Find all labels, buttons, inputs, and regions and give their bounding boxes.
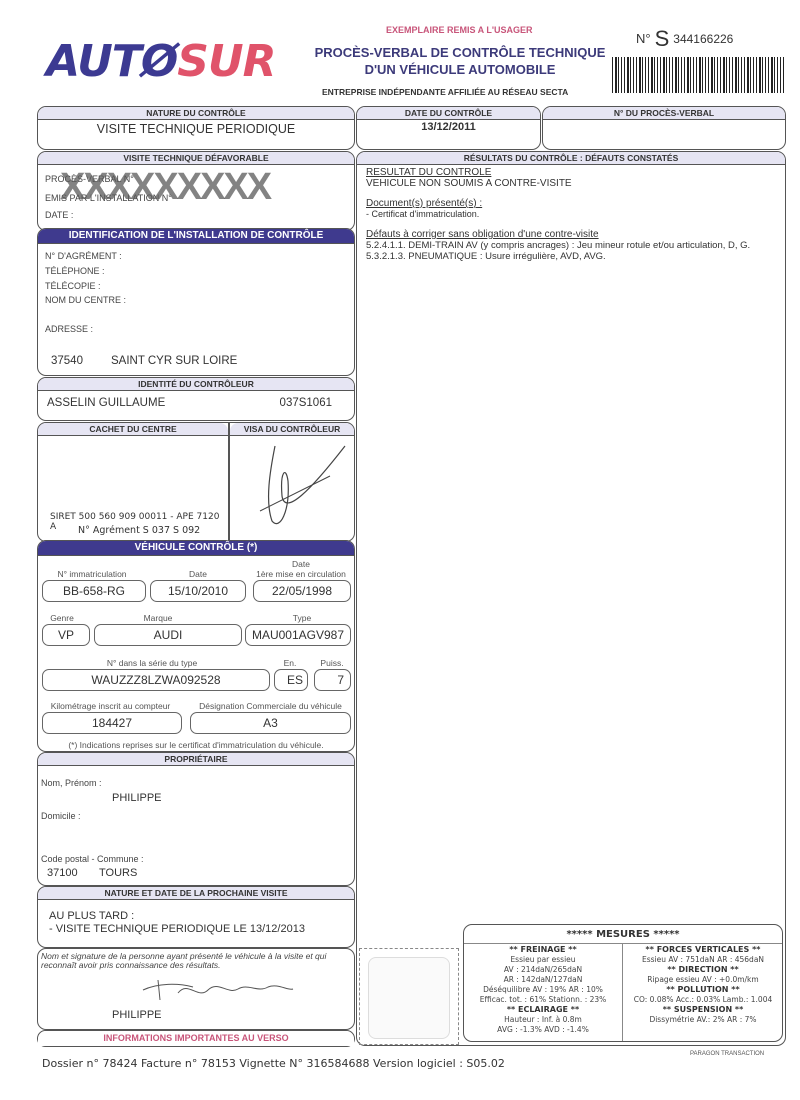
prochaine-line-2: - VISITE TECHNIQUE PERIODIQUE LE 13/12/2…	[49, 923, 305, 935]
designation-label: Désignation Commerciale du véhicule	[188, 701, 353, 711]
copy-label: EXEMPLAIRE REMIS A L'USAGER	[386, 25, 533, 35]
vignette-placeholder	[368, 957, 450, 1039]
genre-field: VP	[42, 624, 90, 646]
defavorable-date-label: DATE :	[45, 210, 73, 220]
mesures-freinage-column: ** FREINAGE **Essieu par essieuAV : 214d…	[464, 945, 622, 1035]
cachet-title: CACHET DU CENTRE	[38, 423, 228, 436]
defect-item: 5.3.2.1.3. PNEUMATIQUE : Usure irréguliè…	[366, 251, 778, 262]
serie-field: WAUZZZ8LZWA092528	[42, 669, 270, 691]
mesures-line: Ripage essieu AV : +0.0m/km	[623, 975, 783, 985]
controleur-box: IDENTITÉ DU CONTRÔLEUR ASSELIN GUILLAUME…	[37, 377, 355, 421]
docs-heading: Document(s) présenté(s) :	[366, 198, 778, 209]
mesures-section-heading: ** SUSPENSION **	[623, 1005, 783, 1015]
mesures-section-heading: ** POLLUTION **	[623, 985, 783, 995]
owner-signature	[138, 975, 298, 1005]
title-line-2: D'UN VÉHICULE AUTOMOBILE	[312, 61, 608, 78]
nature-title: NATURE DU CONTRÔLE	[38, 107, 354, 120]
installation-title: IDENTIFICATION DE L'INSTALLATION DE CONT…	[38, 229, 354, 244]
resultats-content: RESULTAT DU CONTROLE VEHICULE NON SOUMIS…	[366, 167, 778, 262]
document-number: N°S344166226	[636, 26, 733, 52]
defects-heading: Défauts à corriger sans obligation d'une…	[366, 229, 778, 240]
mesures-line: Dissymétrie AV.: 2% AR : 7%	[623, 1015, 783, 1025]
marque-label: Marque	[108, 613, 208, 623]
signature-text: Nom et signature de la personne ayant pr…	[41, 952, 353, 970]
first-date-field: 22/05/1998	[253, 580, 351, 602]
telephone-label: TÉLÉPHONE :	[45, 266, 105, 276]
number-prefix: N°	[636, 31, 651, 46]
mesures-line: AV : 214daN/265daN	[464, 965, 622, 975]
result-value: VEHICULE NON SOUMIS A CONTRE-VISITE	[366, 178, 778, 189]
nature-box: NATURE DU CONTRÔLE VISITE TECHNIQUE PERI…	[37, 106, 355, 150]
document-title: PROCÈS-VERBAL DE CONTRÔLE TECHNIQUE D'UN…	[312, 44, 608, 78]
type-field: MAU001AGV987	[245, 624, 351, 646]
visa-title: VISA DU CONTRÔLEUR	[230, 423, 354, 436]
proprietaire-commune: TOURS	[99, 867, 137, 879]
domicile-label: Domicile :	[41, 811, 81, 821]
installation-postal-code: 37540	[51, 355, 83, 367]
pv-number-title: N° DU PROCÈS-VERBAL	[543, 107, 785, 120]
mesures-section-heading: ** FREINAGE **	[464, 945, 622, 955]
mesures-section-heading: ** FORCES VERTICALES **	[623, 945, 783, 955]
proprietaire-box: PROPRIÉTAIRE Nom, Prénom : PHILIPPE Domi…	[37, 752, 355, 886]
mesures-title: ***** MESURES *****	[464, 929, 782, 940]
defect-item: 5.2.4.1.1. DEMI-TRAIN AV (y compris ancr…	[366, 240, 778, 251]
prochaine-box: NATURE ET DATE DE LA PROCHAINE VISITE AU…	[37, 886, 355, 948]
number-letter: S	[655, 26, 670, 51]
adresse-label: ADRESSE :	[45, 324, 93, 334]
vehicule-title: VÉHICULE CONTRÔLE (*)	[38, 541, 354, 556]
mesures-line: AR : 142daN/127daN	[464, 975, 622, 985]
resultats-box: RÉSULTATS DU CONTRÔLE : DÉFAUTS CONSTATÉ…	[356, 151, 786, 1046]
paragon-label: PARAGON TRANSACTION	[690, 1051, 764, 1057]
type-label: Type	[253, 613, 351, 623]
prochaine-line-1: AU PLUS TARD :	[49, 910, 134, 922]
mesures-line: Efficac. tot. : 61% Stationn. : 23%	[464, 995, 622, 1005]
installation-box: IDENTIFICATION DE L'INSTALLATION DE CONT…	[37, 228, 355, 376]
crossed-out-mark: XXXXXXXXX	[60, 166, 270, 209]
km-field: 184427	[42, 712, 182, 734]
mesures-divider	[464, 943, 782, 944]
pv-number-box: N° DU PROCÈS-VERBAL	[542, 106, 786, 150]
genre-label: Genre	[42, 613, 82, 623]
signature-name: PHILIPPE	[112, 1009, 162, 1021]
mesures-line: AVG : -1.3% AVD : -1.4%	[464, 1025, 622, 1035]
info-verso-box: INFORMATIONS IMPORTANTES AU VERSO	[37, 1030, 355, 1047]
proprietaire-name: PHILIPPE	[112, 792, 162, 804]
first-date-label-1: Date	[248, 559, 354, 569]
immat-label: N° immatriculation	[42, 569, 142, 579]
autosur-logo: AUTØSUR	[46, 40, 276, 84]
document-subtitle: ENTREPRISE INDÉPENDANTE AFFILIÉE AU RÉSE…	[322, 87, 568, 97]
date-controle-title: DATE DU CONTRÔLE	[357, 107, 540, 120]
mesures-section-heading: ** ECLAIRAGE **	[464, 1005, 622, 1015]
barcode	[612, 57, 784, 93]
logo-right: SUR	[177, 36, 275, 87]
proprietaire-title: PROPRIÉTAIRE	[38, 753, 354, 766]
mesures-line: Essieu AV : 751daN AR : 456daN	[623, 955, 783, 965]
cachet-box: CACHET DU CENTRE SIRET 500 560 909 00011…	[37, 422, 229, 542]
number-value: 344166226	[673, 32, 733, 46]
vehicule-note: (*) Indications reprises sur le certific…	[38, 740, 354, 750]
title-line-1: PROCÈS-VERBAL DE CONTRÔLE TECHNIQUE	[312, 44, 608, 61]
installation-city: SAINT CYR SUR LOIRE	[111, 355, 237, 367]
puissance-field: 7	[314, 669, 351, 691]
visa-box: VISA DU CONTRÔLEUR	[229, 422, 355, 542]
controleur-name: ASSELIN GUILLAUME	[47, 397, 165, 409]
date-label: Date	[148, 569, 248, 579]
cachet-agrement: N° Agrément S 037 S 092	[78, 525, 200, 536]
controleur-title: IDENTITÉ DU CONTRÔLEUR	[38, 378, 354, 391]
designation-field: A3	[190, 712, 351, 734]
info-verso-label: INFORMATIONS IMPORTANTES AU VERSO	[38, 1031, 354, 1046]
date-field: 15/10/2010	[150, 580, 246, 602]
vignette-area	[359, 948, 459, 1045]
defavorable-title: VISITE TECHNIQUE DÉFAVORABLE	[38, 152, 354, 165]
energie-label: En.	[272, 658, 308, 668]
resultats-title: RÉSULTATS DU CONTRÔLE : DÉFAUTS CONSTATÉ…	[357, 152, 785, 165]
agrement-label: N° D'AGRÉMENT :	[45, 251, 122, 261]
vehicule-box: VÉHICULE CONTRÔLE (*) N° immatriculation…	[37, 540, 355, 752]
date-controle-box: DATE DU CONTRÔLE 13/12/2011	[356, 106, 541, 150]
nature-value: VISITE TECHNIQUE PERIODIQUE	[38, 122, 354, 136]
mesures-forces-column: ** FORCES VERTICALES **Essieu AV : 751da…	[623, 945, 783, 1025]
first-date-label-2: 1ère mise en circulation	[248, 569, 354, 579]
proprietaire-name-label: Nom, Prénom :	[41, 778, 102, 788]
proprietaire-cp: 37100	[47, 867, 78, 879]
logo-left: AUTØ	[46, 36, 177, 87]
mesures-box: ***** MESURES ***** ** FREINAGE **Essieu…	[463, 924, 783, 1042]
date-controle-value: 13/12/2011	[357, 121, 540, 133]
footer-text: Dossier n° 78424 Facture n° 78153 Vignet…	[42, 1057, 505, 1070]
controleur-signature	[250, 441, 350, 536]
puissance-label: Puiss.	[314, 658, 350, 668]
result-heading: RESULTAT DU CONTROLE	[366, 167, 778, 178]
mesures-line: CO: 0.08% Acc.: 0.03% Lamb.: 1.004	[623, 995, 783, 1005]
marque-field: AUDI	[94, 624, 242, 646]
mesures-line: Essieu par essieu	[464, 955, 622, 965]
controleur-id: 037S1061	[280, 397, 332, 409]
telecopie-label: TÉLÉCOPIE :	[45, 281, 101, 291]
mesures-line: Déséquilibre AV : 19% AR : 10%	[464, 985, 622, 995]
serie-label: N° dans la série du type	[42, 658, 262, 668]
energie-field: ES	[274, 669, 308, 691]
centre-label: NOM DU CENTRE :	[45, 295, 126, 305]
prochaine-title: NATURE ET DATE DE LA PROCHAINE VISITE	[38, 887, 354, 900]
defavorable-box: VISITE TECHNIQUE DÉFAVORABLE PROCÈS-VERB…	[37, 151, 355, 231]
mesures-section-heading: ** DIRECTION **	[623, 965, 783, 975]
signature-box: Nom et signature de la personne ayant pr…	[37, 948, 355, 1030]
mesures-line: Hauteur : Inf. à 0.8m	[464, 1015, 622, 1025]
cp-label: Code postal - Commune :	[41, 854, 144, 864]
docs-value: - Certificat d'immatriculation.	[366, 209, 778, 220]
immat-field: BB-658-RG	[42, 580, 146, 602]
km-label: Kilométrage inscrit au compteur	[38, 701, 183, 711]
